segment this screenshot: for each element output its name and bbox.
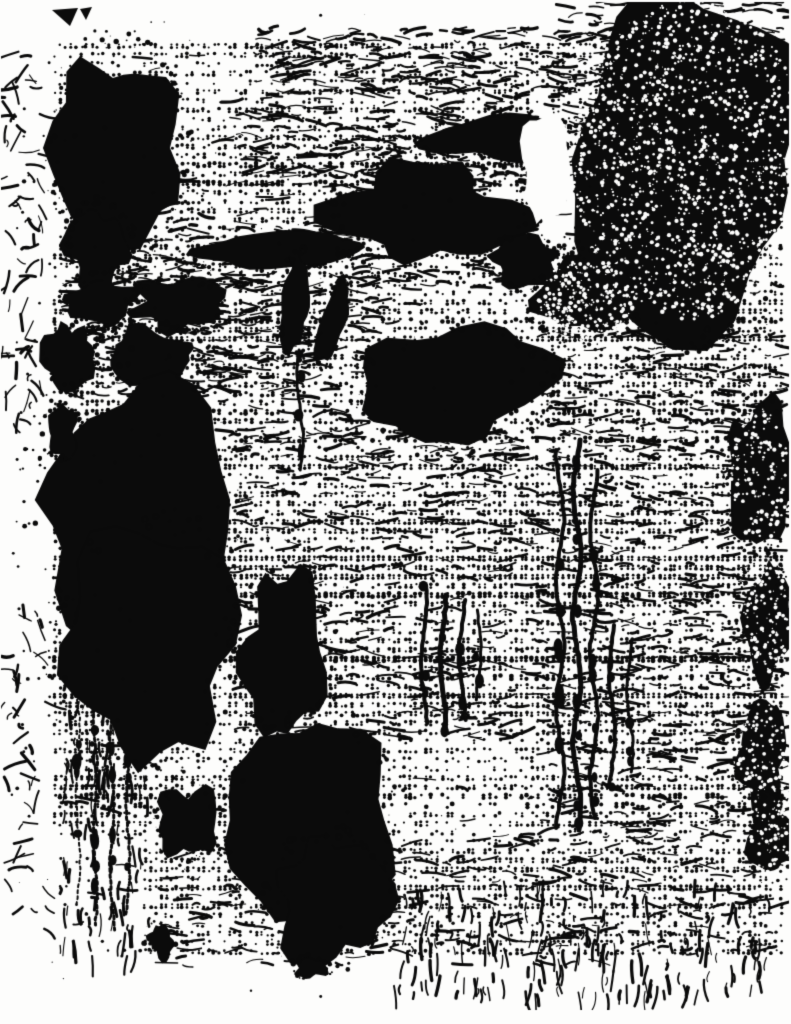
halftone-print-image — [0, 0, 791, 1024]
photocopy-page — [0, 0, 791, 1024]
